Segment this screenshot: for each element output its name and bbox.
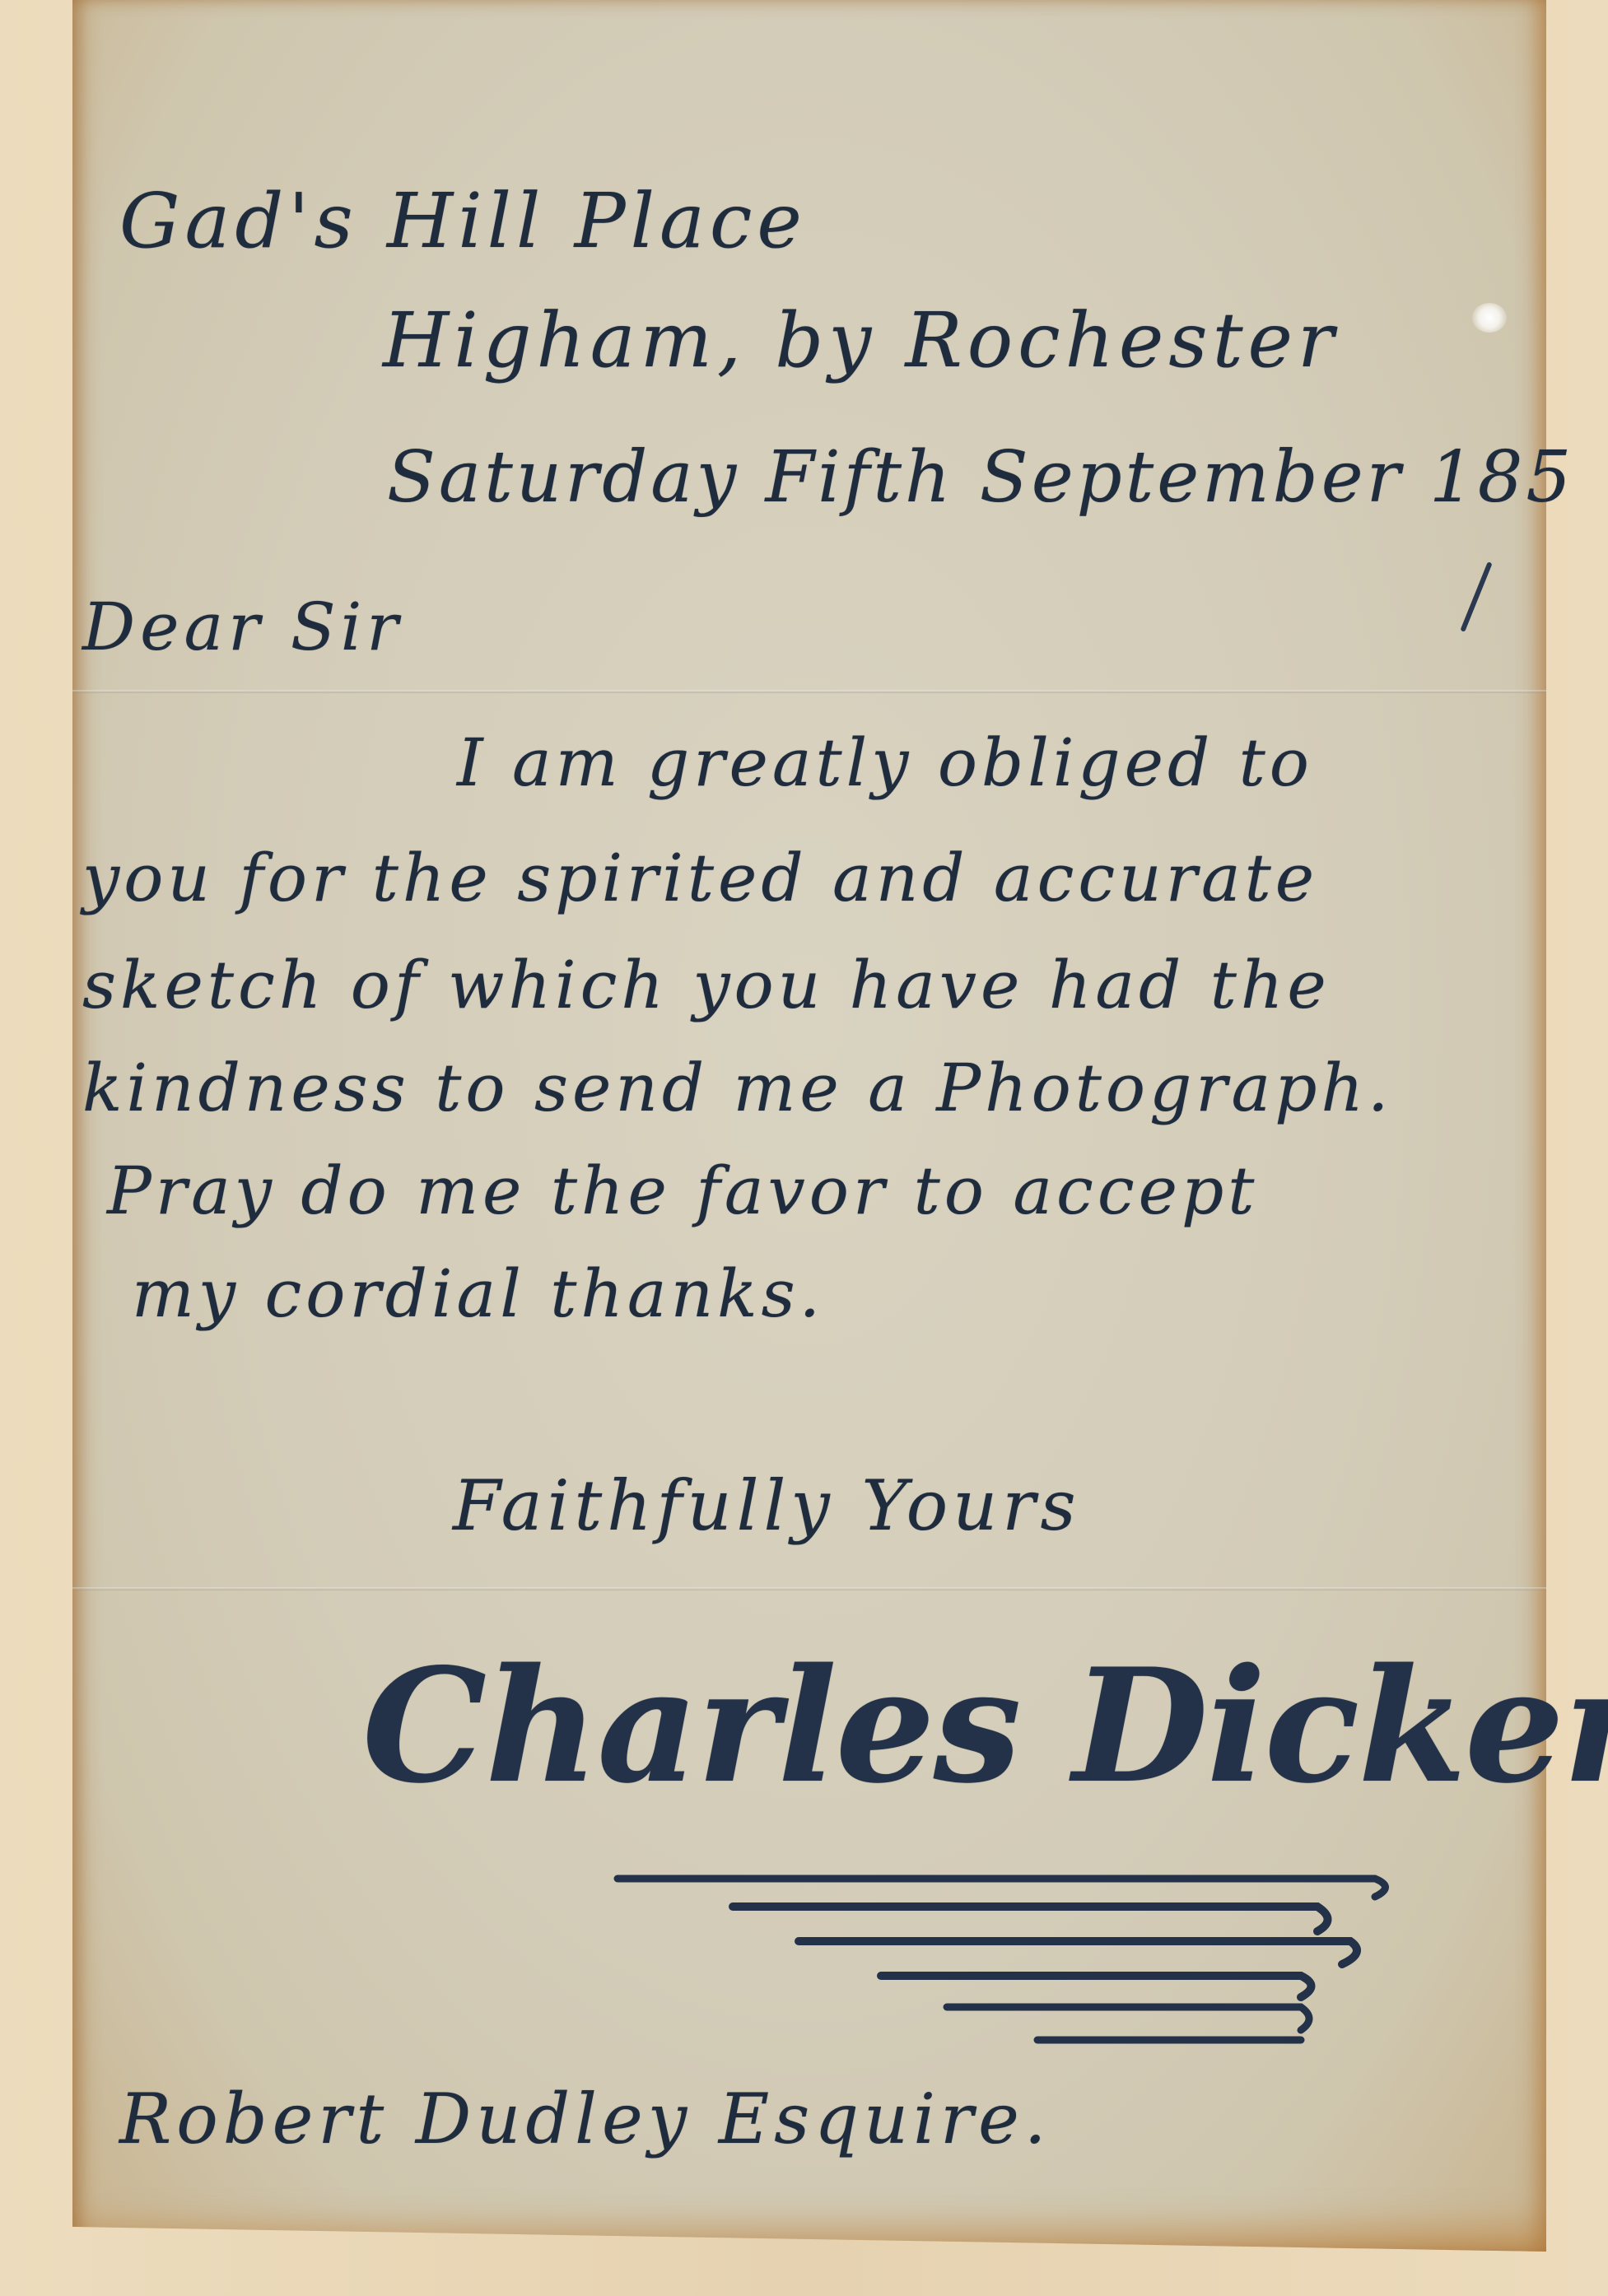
fold-crease-upper: [72, 690, 1546, 693]
body-line: my cordial thanks.: [132, 1255, 824, 1332]
body-line: I am greatly obliged to: [457, 724, 1313, 801]
fold-crease-lower: [72, 1587, 1546, 1590]
body-line: sketch of which you have had the: [82, 947, 1331, 1023]
body-line: you for the spirited and accurate: [82, 840, 1318, 916]
letter-date: Saturday Fifth September 185: [387, 436, 1574, 519]
salutation: Dear Sir: [82, 589, 403, 665]
glass-glare: [1472, 303, 1507, 333]
recipient: Robert Dudley Esquire.: [119, 2079, 1051, 2159]
signature: Charles Dickens: [362, 1634, 1608, 1818]
body-line: kindness to send me a Photograph.: [82, 1050, 1392, 1126]
address-line-1: Gad's Hill Place: [119, 177, 807, 265]
signature-flourish-icon: [609, 1869, 1416, 2066]
closing: Faithfully Yours: [453, 1465, 1081, 1546]
address-line-2: Higham, by Rochester: [383, 296, 1339, 384]
body-line: Pray do me the favor to accept: [107, 1153, 1258, 1229]
